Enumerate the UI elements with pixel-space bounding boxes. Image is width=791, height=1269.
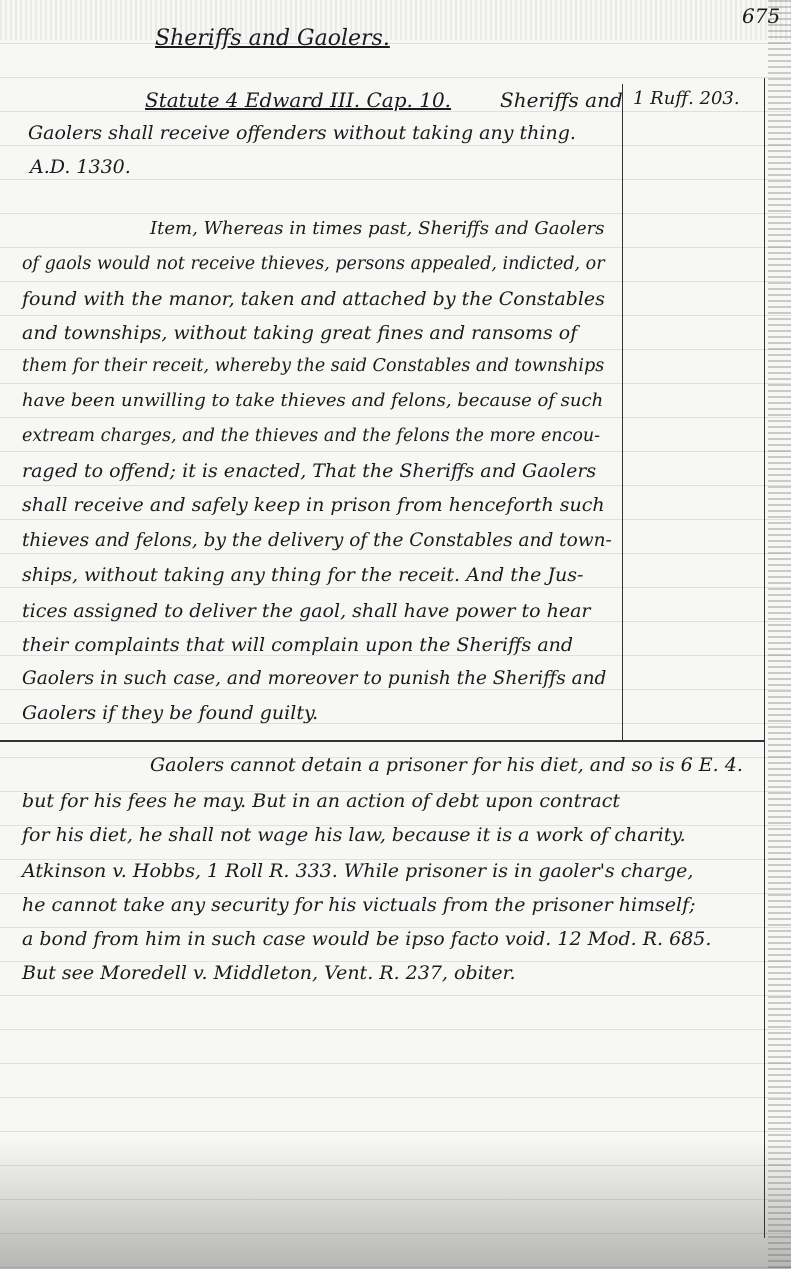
text-line: have been unwilling to take thieves and … bbox=[22, 390, 603, 411]
page-number: 675 bbox=[742, 4, 780, 28]
section-divider bbox=[0, 740, 765, 742]
text-line: them for their receit, whereby the said … bbox=[22, 356, 604, 376]
text-line: their complaints that will complain upon… bbox=[22, 634, 573, 656]
text-line: found with the manor, taken and attached… bbox=[22, 288, 605, 310]
text-line: a bond from him in such case would be ip… bbox=[22, 928, 711, 950]
text-line: Item, Whereas in times past, Sheriffs an… bbox=[150, 218, 605, 239]
text-line: But see Moredell v. Middleton, Vent. R. … bbox=[22, 962, 516, 984]
text-line: and townships, without taking great fine… bbox=[22, 322, 577, 344]
text-line: of gaols would not receive thieves, pers… bbox=[22, 254, 605, 274]
heading-line: A.D. 1330. bbox=[30, 156, 131, 178]
margin-rule bbox=[622, 84, 623, 740]
text-line: tices assigned to deliver the gaol, shal… bbox=[22, 600, 590, 622]
manuscript-page: 675 Sheriffs and Gaolers. Statute 4 Edwa… bbox=[0, 0, 791, 1269]
text-line: Gaolers if they be found guilty. bbox=[22, 702, 318, 724]
text-line: Gaolers cannot detain a prisoner for his… bbox=[150, 754, 743, 776]
right-rule bbox=[764, 78, 765, 1238]
text-line: extream charges, and the thieves and the… bbox=[22, 426, 600, 446]
text-line: he cannot take any security for his vict… bbox=[22, 894, 696, 916]
text-line: for his diet, he shall not wage his law,… bbox=[22, 824, 686, 846]
page-title: Sheriffs and Gaolers. bbox=[155, 26, 390, 51]
text-line: ships, without taking any thing for the … bbox=[22, 564, 583, 586]
text-line: shall receive and safely keep in prison … bbox=[22, 494, 605, 516]
heading-line: Sheriffs and bbox=[500, 88, 623, 112]
text-line: but for his fees he may. But in an actio… bbox=[22, 790, 620, 812]
page-edge bbox=[768, 0, 791, 1269]
text-line: raged to offend; it is enacted, That the… bbox=[22, 460, 596, 482]
scan-noise-top bbox=[0, 0, 791, 40]
margin-note: 1 Ruff. 203. bbox=[633, 88, 740, 109]
text-line: Atkinson v. Hobbs, 1 Roll R. 333. While … bbox=[22, 860, 693, 882]
statute-citation: Statute 4 Edward III. Cap. 10. bbox=[145, 88, 451, 112]
text-line: Gaolers in such case, and moreover to pu… bbox=[22, 668, 606, 689]
scan-noise-bottom bbox=[0, 1140, 791, 1269]
heading-line: Gaolers shall receive offenders without … bbox=[28, 122, 576, 144]
text-line: thieves and felons, by the delivery of t… bbox=[22, 530, 612, 551]
